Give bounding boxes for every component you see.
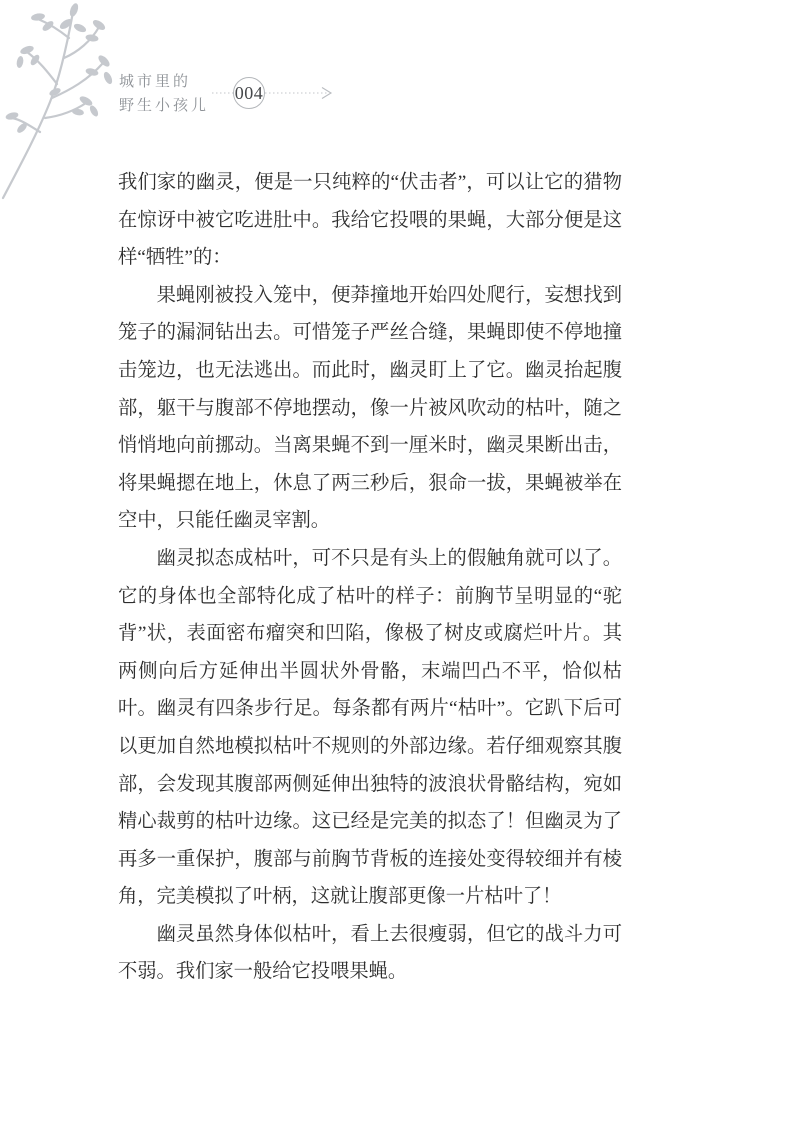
book-title-line1: 城市里的 [119, 70, 209, 94]
dotted-line-left [212, 83, 233, 103]
page-number-marker: 004 [212, 77, 333, 109]
page-header: 城市里的 野生小孩儿 [119, 70, 209, 118]
book-page: 城市里的 野生小孩儿 004 我们家的幽灵，便是一只纯粹的“伏击者”，可以让它的… [0, 0, 799, 1122]
body-paragraph: 果蝇刚被投入笼中，便莽撞地开始四处爬行，妄想找到笼子的漏洞钻出去。可惜笼子严丝合… [118, 277, 622, 540]
page-number-badge: 004 [233, 77, 265, 109]
branch-illustration-icon [0, 0, 130, 200]
body-paragraph: 幽灵虽然身体似枯叶，看上去很瘦弱，但它的战斗力可不弱。我们家一般给它投喂果蝇。 [118, 916, 622, 991]
book-title-line2: 野生小孩儿 [119, 94, 209, 118]
body-paragraph: 幽灵拟态成枯叶，可不只是有头上的假触角就可以了。它的身体也全部特化成了枯叶的样子… [118, 540, 622, 916]
body-paragraph: 我们家的幽灵，便是一只纯粹的“伏击者”，可以让它的猎物在惊讶中被它吃进肚中。我给… [118, 164, 622, 277]
page-body-text: 我们家的幽灵，便是一只纯粹的“伏击者”，可以让它的猎物在惊讶中被它吃进肚中。我给… [118, 164, 622, 991]
arrow-right-icon [265, 83, 333, 103]
page-number: 004 [235, 83, 264, 104]
